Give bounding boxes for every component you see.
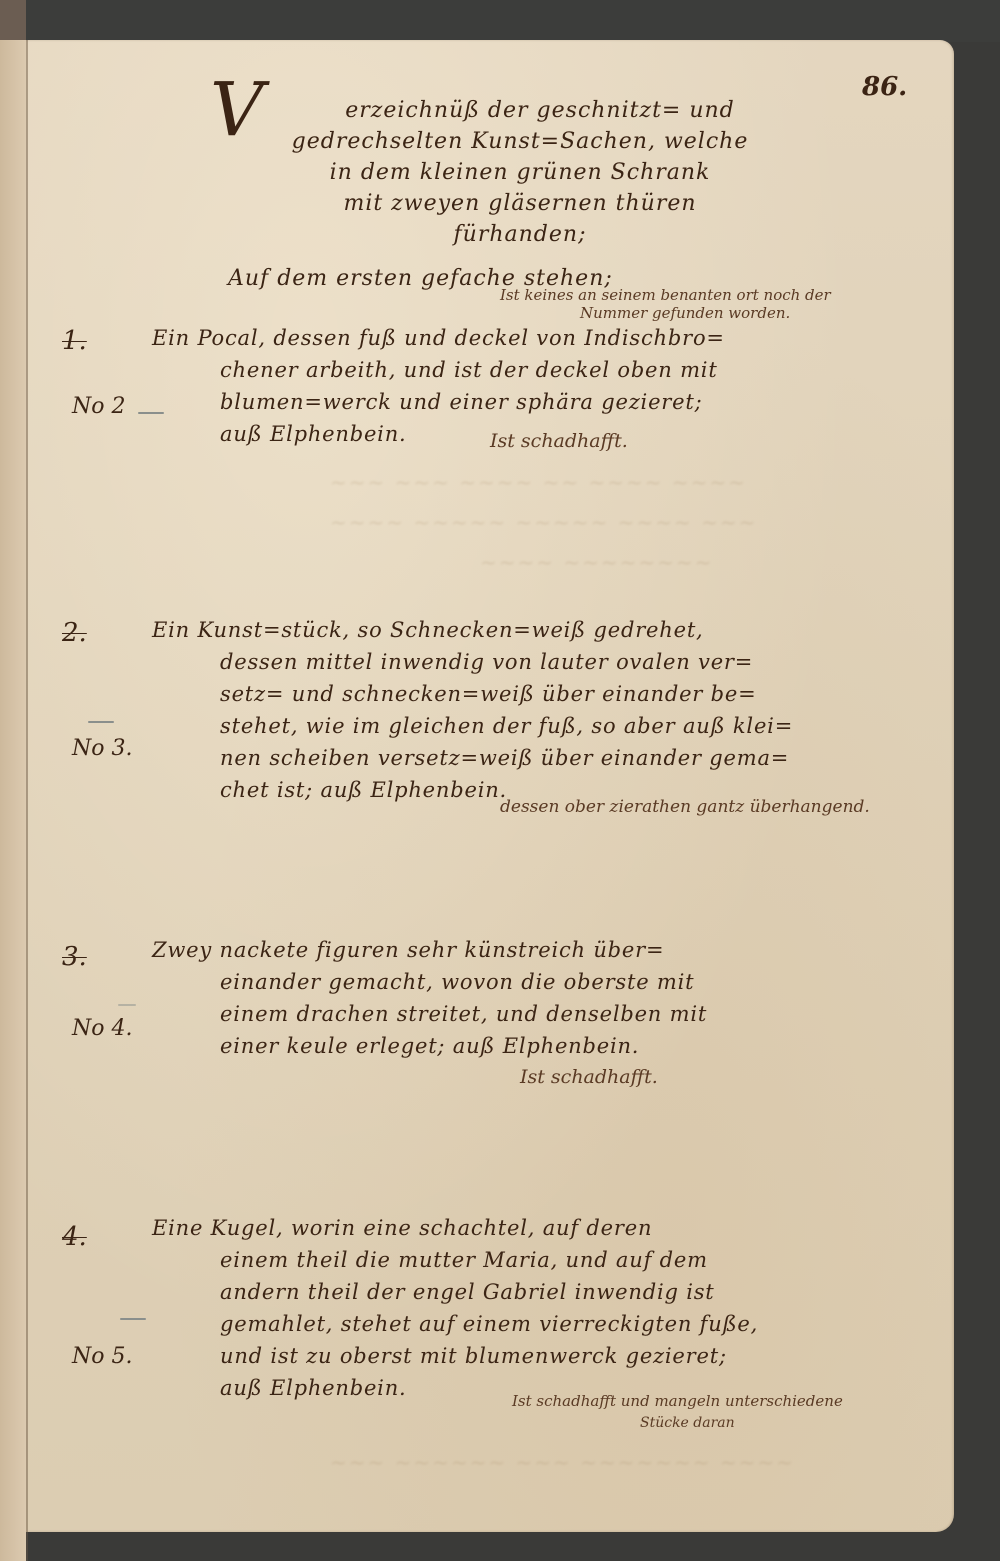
item-number: No 4. (72, 1016, 132, 1041)
struck-item-number: 4. (62, 1222, 87, 1252)
struck-item-number: 2. (62, 618, 87, 648)
item-number: No 3. (72, 736, 132, 761)
entry-line: blumen=werck und einer sphära gezieret; (152, 386, 922, 418)
entry-line: dessen mittel inwendig von lauter ovalen… (152, 646, 922, 678)
entry-line: einem theil die mutter Maria, und auf de… (152, 1244, 922, 1276)
entry-line: und ist zu oberst mit blumenwerck gezier… (152, 1340, 922, 1372)
entry-line: chener arbeith, und ist der deckel oben … (152, 354, 922, 386)
pencil-mark (120, 1318, 146, 1320)
entry-line: gemahlet, stehet auf einem vierreckigten… (152, 1308, 922, 1340)
struck-item-number: 3. (62, 942, 87, 972)
entry-line: einem drachen streitet, und denselben mi… (152, 998, 922, 1030)
entry-text: Zwey nackete figuren sehr künstreich übe… (152, 934, 922, 1062)
entry-line: stehet, wie im gleichen der fuß, so aber… (152, 710, 922, 742)
bleed-through-text: ~~~ ~~~~~~ ~~~ ~~~~~~~ ~~~~ (330, 1450, 795, 1474)
item-number: No 2 (72, 394, 126, 419)
pencil-mark (88, 721, 114, 723)
scanner-backdrop (0, 0, 1000, 42)
gutter-fold (26, 40, 28, 1561)
entry-line: Eine Kugel, worin eine schachtel, auf de… (152, 1212, 922, 1244)
entry-text: Ein Kunst=stück, so Schnecken=weiß gedre… (152, 614, 922, 806)
title-initial: V (210, 73, 264, 147)
condition-note: Stücke daran (640, 1414, 735, 1432)
item-number: No 5. (72, 1344, 132, 1369)
annotation-line: Ist keines an seinem benanten ort noch d… (500, 286, 831, 304)
pencil-mark (118, 1004, 136, 1006)
entry-line: setz= und schnecken=weiß über einander b… (152, 678, 922, 710)
entry-line: andern theil der engel Gabriel inwendig … (152, 1276, 922, 1308)
entry-line: Ein Pocal, dessen fuß und deckel von Ind… (152, 322, 922, 354)
title-line: gedrechselten Kunst=Sachen, welche (210, 126, 830, 157)
condition-note: dessen ober zierathen gantz überhangend. (500, 798, 870, 816)
title-line: mit zweyen gläsernen thüren (210, 188, 830, 219)
bleed-through-text: ~~~ ~~~ ~~~~ ~~ ~~~~ ~~~~ (330, 470, 747, 494)
condition-note: Ist schadhafft. (490, 430, 628, 452)
entry-line: Zwey nackete figuren sehr künstreich übe… (152, 934, 922, 966)
entry-text: Eine Kugel, worin eine schachtel, auf de… (152, 1212, 922, 1404)
facing-page-edge (0, 38, 26, 1561)
title-line: fürhanden; (210, 219, 830, 250)
title-line: erzeichnüß der geschnitzt= und (210, 95, 830, 126)
condition-note: Ist schadhafft. (520, 1066, 658, 1088)
condition-note: Ist schadhafft und mangeln unterschieden… (512, 1392, 843, 1410)
entry-line: einander gemacht, wovon die oberste mit (152, 966, 922, 998)
bleed-through-text: ~~~~ ~~~~~~~~ (480, 550, 713, 574)
annotation-line: Nummer gefunden worden. (580, 304, 790, 322)
entry-line: nen scheiben versetz=weiß über einander … (152, 742, 922, 774)
document-title: V erzeichnüß der geschnitzt= und gedrech… (210, 95, 830, 250)
entry-line: einer keule erleget; auß Elphenbein. (152, 1030, 922, 1062)
binding-corner (0, 0, 26, 40)
folio-number: 86. (862, 72, 907, 102)
struck-item-number: 1. (62, 326, 87, 356)
bleed-through-text: ~~~~ ~~~~~ ~~~~~ ~~~~ ~~~ (330, 510, 757, 534)
title-line: in dem kleinen grünen Schrank (210, 157, 830, 188)
entry-line: Ein Kunst=stück, so Schnecken=weiß gedre… (152, 614, 922, 646)
